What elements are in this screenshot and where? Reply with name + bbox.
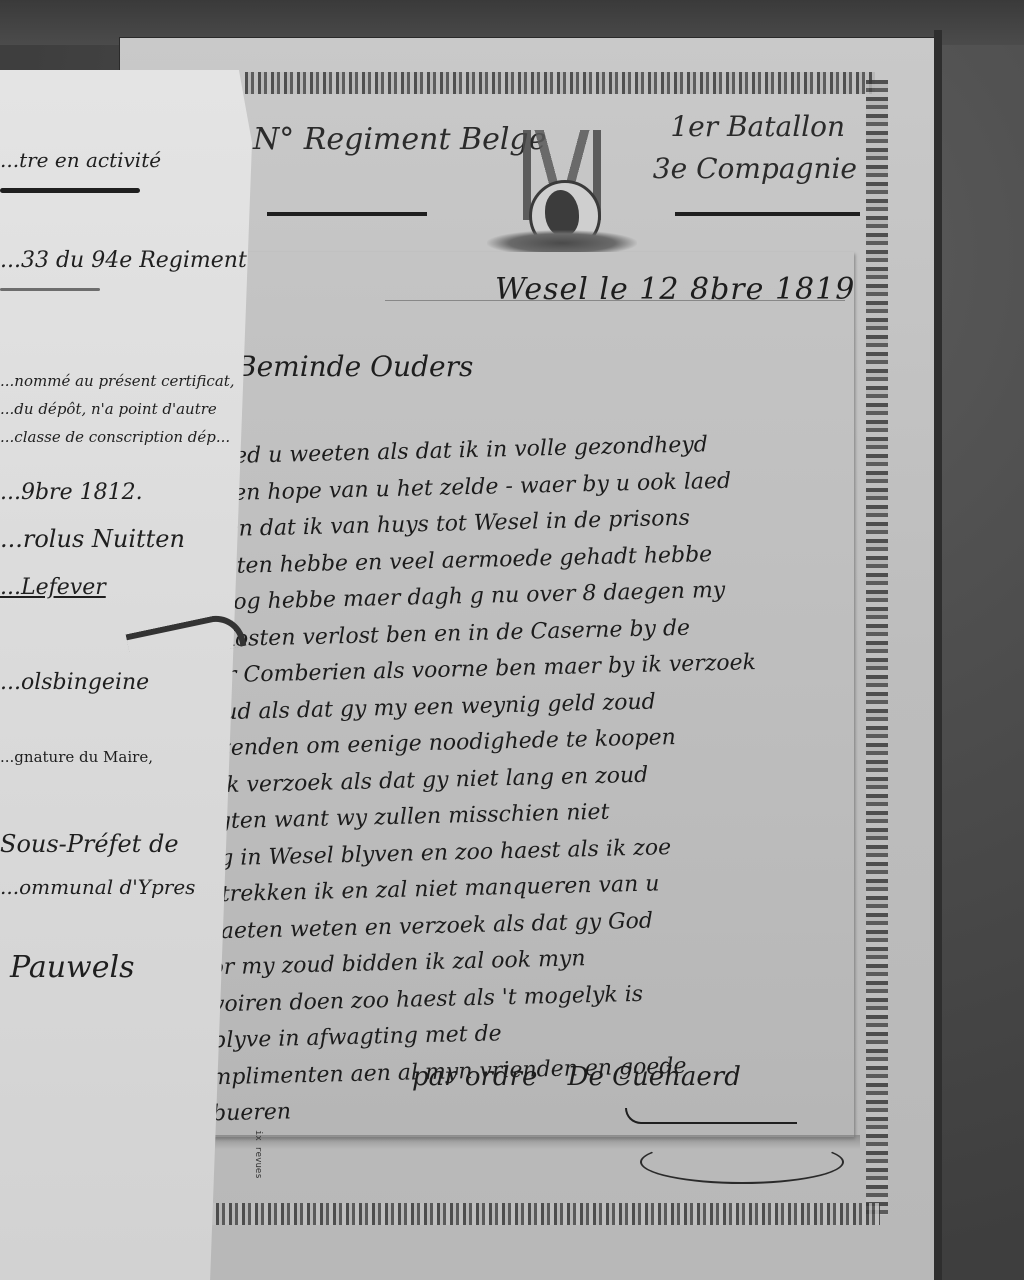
left-printed-line: ...classe de conscription dép... [0,428,230,446]
mayor-signature-label: ...gnature du Maire, [0,748,153,766]
sheet-right-edge [934,30,942,1280]
ornamental-border-top [245,72,875,94]
subprefect-signature: Pauwels [10,950,134,985]
left-rule-2 [0,288,100,291]
lower-flourish [640,1140,844,1184]
ornamental-border-right [866,80,888,1215]
battalion-label: 1er Batallon [670,110,845,143]
left-line-4: ...olsbingeine [0,670,149,695]
header-rule-left [267,212,427,216]
helmeted-profile-medallion-icon [487,130,637,260]
left-reference-line: ...33 du 94e Regiment [0,248,247,273]
left-printed-line: ...du dépôt, n'a point d'autre [0,400,217,418]
left-date-line: ...9bre 1812. [0,480,143,505]
margin-print: ix revues [253,1130,263,1179]
subprefect-line-2: ...ommunal d'Ypres [0,875,195,899]
left-printed-line: ...nommé au présent certificat, [0,372,235,390]
signature-flourish [625,1108,797,1124]
ornamental-border-bottom [190,1203,880,1225]
letter-body: Ik laed u weeten als dat ik in volle gez… [185,440,845,1134]
header-rule-right [675,212,860,216]
letter-signoff: par ordre De Cuehaerd [412,1062,741,1092]
letter-signature: De Cuehaerd [568,1062,741,1092]
left-activity-line: ...tre en activité [0,148,161,172]
letter-place-date: Wesel le 12 8bre 1819 [495,272,855,307]
left-rule-1 [0,188,140,193]
left-line-3: ...Lefever [0,575,106,600]
letter-salutation: Beminde Ouders [236,350,473,383]
company-label: 3e Compagnie [653,152,857,185]
left-name-line: ...rolus Nuitten [0,525,185,553]
signoff-prefix: par ordre [412,1062,537,1092]
left-certificate-page: ...tre en activité ...33 du 94e Regiment… [0,70,252,1280]
subprefect-line-1: Sous-Préfet de [0,830,179,858]
